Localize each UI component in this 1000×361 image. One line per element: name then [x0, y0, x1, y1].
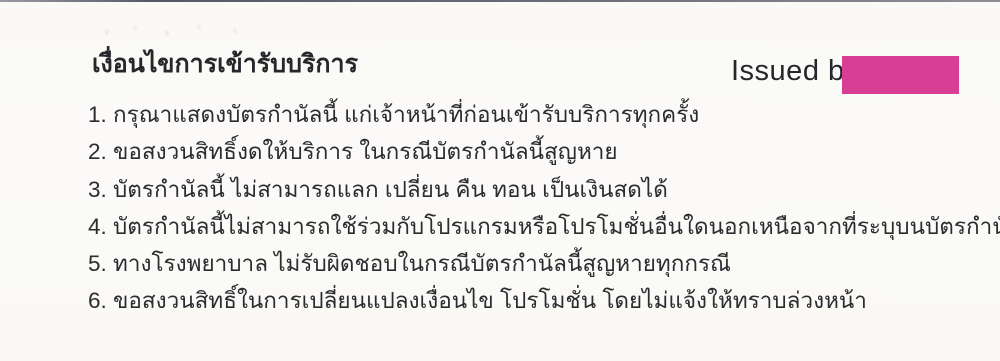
issuer-name-redaction-box: [842, 56, 959, 94]
term-line-6: 6. ขอสงวนสิทธิ์ในการเปลี่ยนแปลงเงื่อนไข …: [88, 282, 968, 319]
term-line-4: 4. บัตรกำนัลนี้ไม่สามารถใช้ร่วมกับโปรแกร…: [88, 208, 968, 245]
ink-showthrough-ghosting: [95, 18, 295, 44]
scan-edge-line: [0, 0, 1000, 2]
term-line-3: 3. บัตรกำนัลนี้ ไม่สามารถแลก เปลี่ยน คืน…: [88, 171, 968, 208]
terms-heading: เงื่อนไขการเข้ารับบริการ: [92, 46, 358, 82]
term-line-1: 1. กรุณาแสดงบัตรกำนัลนี้ แก่เจ้าหน้าที่ก…: [88, 96, 968, 133]
term-line-2: 2. ขอสงวนสิทธิ์งดให้บริการ ในกรณีบัตรกำน…: [88, 133, 968, 170]
term-line-5: 5. ทางโรงพยาบาล ไม่รับผิดชอบในกรณีบัตรกำ…: [88, 245, 968, 282]
terms-list: 1. กรุณาแสดงบัตรกำนัลนี้ แก่เจ้าหน้าที่ก…: [88, 96, 968, 320]
voucher-terms-scan: เงื่อนไขการเข้ารับบริการ Issued by : 1. …: [0, 0, 1000, 361]
